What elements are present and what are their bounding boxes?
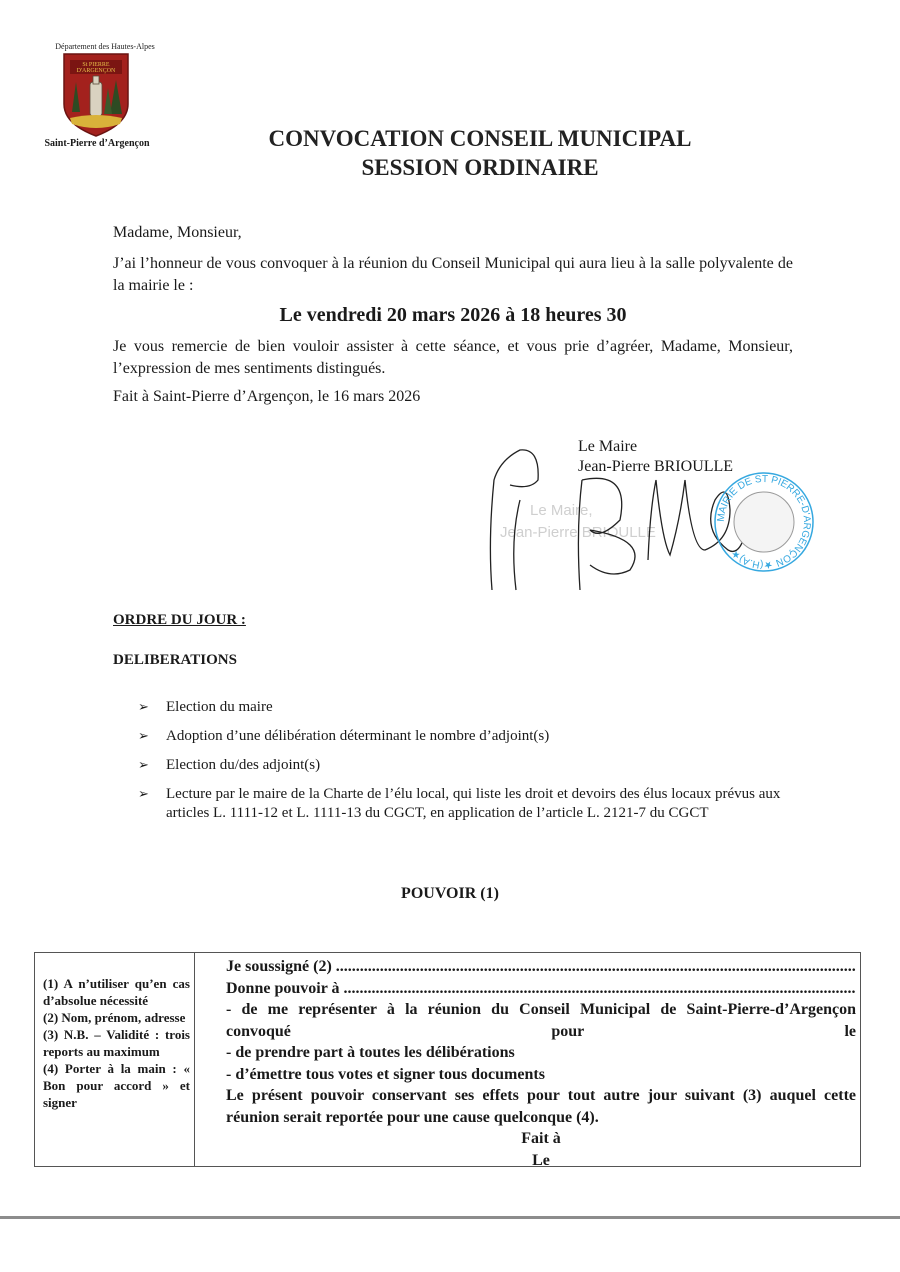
undersigned-field[interactable]: Je soussigné (2) .......................…: [226, 956, 856, 978]
meeting-date: Le vendredi 20 mars 2026 à 18 heures 30: [113, 304, 793, 327]
arrow-bullet-icon: ➢: [138, 785, 149, 804]
agenda-item: ➢Lecture par le maire de la Charte de l’…: [138, 785, 798, 823]
title-line-2: SESSION ORDINAIRE: [200, 153, 760, 182]
proxy-body: Je soussigné (2) .......................…: [226, 956, 856, 1171]
date-field[interactable]: Le: [226, 1150, 856, 1172]
arrow-bullet-icon: ➢: [138, 727, 149, 746]
proxy-note: (3) N.B. – Validité : trois reports au m…: [43, 1026, 190, 1060]
closing-paragraph: Je vous remercie de bien vouloir assiste…: [113, 336, 793, 380]
town-crest-logo: St PIERRE D'ARGENÇON: [60, 52, 132, 138]
page-bottom-divider: [0, 1216, 900, 1219]
done-at-field[interactable]: Fait à: [226, 1128, 856, 1150]
intro-paragraph: J’ai l’honneur de vous convoquer à la ré…: [113, 253, 793, 297]
agenda-heading: ORDRE DU JOUR :: [113, 612, 246, 629]
vote-line: - d’émettre tous votes et signer tous do…: [226, 1064, 856, 1086]
arrow-bullet-icon: ➢: [138, 698, 149, 717]
department-label: Département des Hautes-Alpes: [40, 42, 170, 51]
place-and-date: Fait à Saint-Pierre d’Argençon, le 16 ma…: [113, 386, 793, 408]
arrow-bullet-icon: ➢: [138, 756, 149, 775]
svg-text:D'ARGENÇON: D'ARGENÇON: [77, 68, 116, 74]
town-name: Saint-Pierre d’Argençon: [32, 138, 162, 149]
represent-line: - de me représenter à la réunion du Cons…: [226, 999, 856, 1042]
agenda-item: ➢Election du/des adjoint(s): [138, 756, 798, 775]
proxy-notes: (1) A n’utiliser qu’en cas d’absolue néc…: [35, 953, 195, 1166]
take-part-line: - de prendre part à toutes les délibérat…: [226, 1042, 856, 1064]
proxy-note: (1) A n’utiliser qu’en cas d’absolue néc…: [43, 975, 190, 1009]
validity-text: Le présent pouvoir conservant ses effets…: [226, 1085, 856, 1128]
deliberations-heading: DELIBERATIONS: [113, 652, 237, 669]
agenda-item: ➢Election du maire: [138, 698, 798, 717]
title-line-1: CONVOCATION CONSEIL MUNICIPAL: [200, 124, 760, 153]
proxy-form: (1) A n’utiliser qu’en cas d’absolue néc…: [34, 952, 861, 1167]
proxy-note: (2) Nom, prénom, adresse: [43, 1009, 190, 1026]
agenda-list: ➢Election du maire ➢Adoption d’une délib…: [138, 698, 798, 833]
page-title: CONVOCATION CONSEIL MUNICIPAL SESSION OR…: [200, 124, 760, 182]
proxy-heading: POUVOIR (1): [300, 885, 600, 903]
agenda-item: ➢Adoption d’une délibération déterminant…: [138, 727, 798, 746]
salutation: Madame, Monsieur,: [113, 222, 793, 244]
proxy-note: (4) Porter à la main : « Bon pour accord…: [43, 1060, 190, 1111]
proxy-recipient-field[interactable]: Donne pouvoir à ........................…: [226, 978, 856, 1000]
town-hall-stamp: MAIRIE DE ST PIERRE-D'ARGENÇON ★(H.A)★: [712, 470, 816, 574]
